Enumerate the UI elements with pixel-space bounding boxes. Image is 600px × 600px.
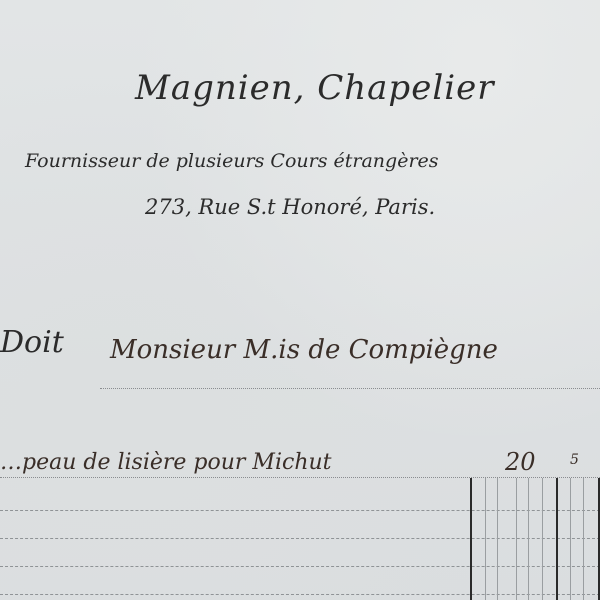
doit-label: Doit [0,325,64,360]
ledger-grid-line [570,478,571,600]
ledger-grid-line [528,478,529,600]
item-rule [0,477,600,478]
letterhead-title: Magnien, Chapelier [135,68,494,108]
ledger-column-border [556,478,558,600]
line-item-cents: 5 [570,452,579,468]
line-item-amount: 20 [505,448,536,476]
ledger-grid-line [516,478,517,600]
line-item-description: …peau de lisière pour Michut [0,450,332,475]
ledger-grid-line [485,478,486,600]
ledger-grid-line [542,478,543,600]
letterhead-subtitle: Fournisseur de plusieurs Cours étrangère… [25,150,439,172]
letterhead-address: 273, Rue S.t Honoré, Paris. [145,195,435,219]
ledger-line [0,538,600,539]
addressee-rule [100,388,600,389]
ledger-column-border [470,478,472,600]
ledger-line [0,510,600,511]
ledger-grid-line [583,478,584,600]
ledger-line [0,566,600,567]
ledger-grid-line [497,478,498,600]
ledger-line [0,594,600,595]
addressee: Monsieur M.is de Compiègne [110,335,498,365]
